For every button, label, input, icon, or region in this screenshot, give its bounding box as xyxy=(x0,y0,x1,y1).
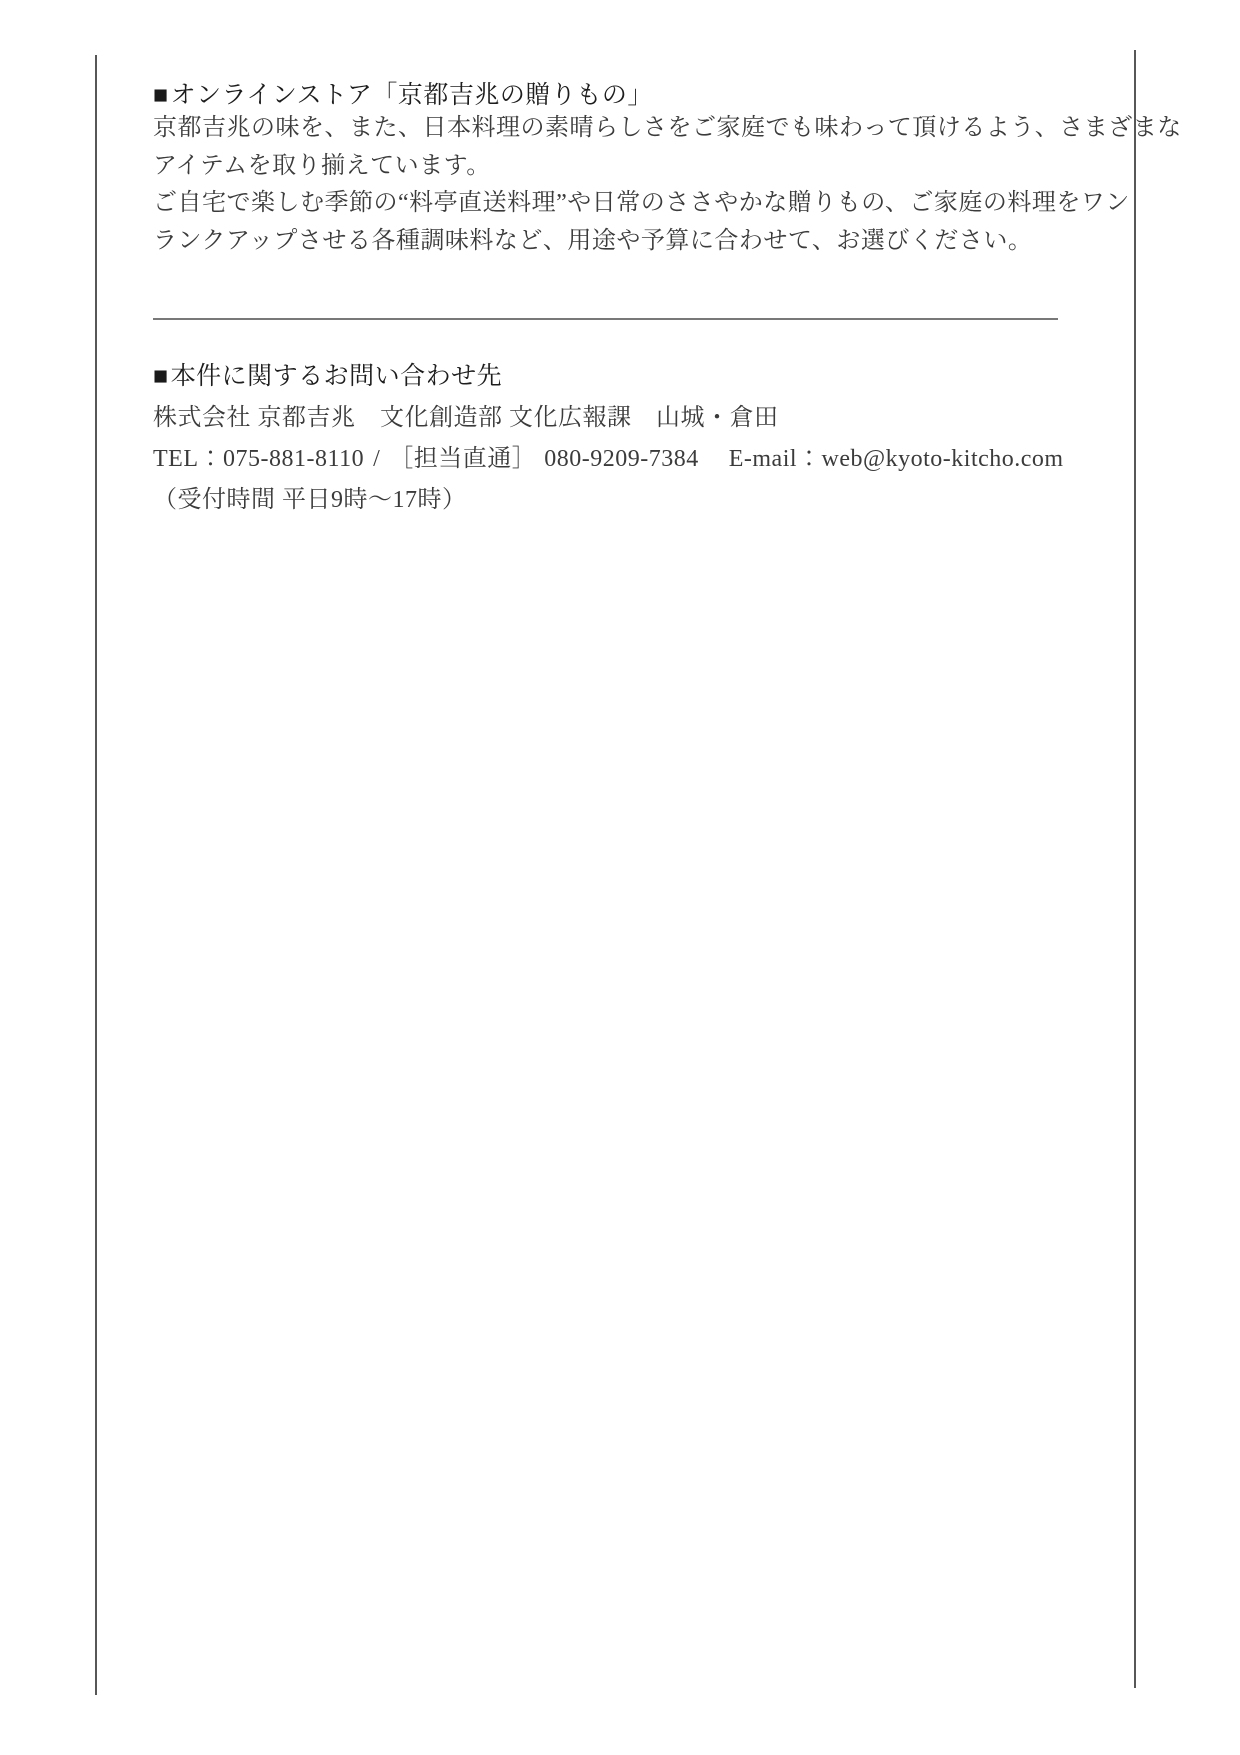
email-label: E-mail： xyxy=(729,446,822,472)
store-description-line-3: ご自宅で楽しむ季節の“料亭直送料理”や日常のささやかな贈りもの、ご家庭の料理をワ… xyxy=(153,185,1065,223)
store-description-line-1: 京都吉兆の味を、また、日本料理の素晴らしさをご家庭でも味わって頂けるよう、さまざ… xyxy=(153,110,1065,148)
page-border-left xyxy=(95,55,97,1695)
online-store-description: 京都吉兆の味を、また、日本料理の素晴らしさをご家庭でも味わって頂けるよう、さまざ… xyxy=(153,110,1065,260)
square-bullet-icon: ■ xyxy=(153,361,169,391)
contact-tel-line: TEL：075-881-8110/［担当直通］080-9209-7384E-ma… xyxy=(153,439,1113,480)
section-divider xyxy=(153,318,1058,320)
direct-line-number: 080-9209-7384 xyxy=(544,446,698,472)
contact-company-line: 株式会社 京都吉兆 文化創造部 文化広報課 山城・倉田 xyxy=(153,398,1113,439)
contact-heading-text: 本件に関するお問い合わせ先 xyxy=(171,362,503,390)
tel-label: TEL： xyxy=(153,446,223,472)
tel-number: 075-881-8110 xyxy=(223,446,364,472)
email-address: web@kyoto-kitcho.com xyxy=(822,446,1064,472)
contact-heading: ■本件に関するお問い合わせ先 xyxy=(153,361,502,391)
direct-line-label: ［担当直通］ xyxy=(389,446,536,472)
online-store-heading-text: オンラインストア「京都吉兆の贈りもの」 xyxy=(171,81,653,109)
online-store-heading: ■オンラインストア「京都吉兆の贈りもの」 xyxy=(153,80,653,110)
contact-info: 株式会社 京都吉兆 文化創造部 文化広報課 山城・倉田 TEL：075-881-… xyxy=(153,398,1113,521)
store-description-line-2: アイテムを取り揃えています。 xyxy=(153,148,1065,186)
store-description-line-4: ランクアップさせる各種調味料など、用途や予算に合わせて、お選びください。 xyxy=(153,223,1065,261)
square-bullet-icon: ■ xyxy=(153,80,169,110)
document-page: ■オンラインストア「京都吉兆の贈りもの」 京都吉兆の味を、また、日本料理の素晴ら… xyxy=(0,0,1240,1755)
tel-separator: / xyxy=(373,446,380,472)
page-border-right xyxy=(1134,50,1136,1688)
contact-hours-line: （受付時間 平日9時〜17時） xyxy=(153,480,1113,521)
